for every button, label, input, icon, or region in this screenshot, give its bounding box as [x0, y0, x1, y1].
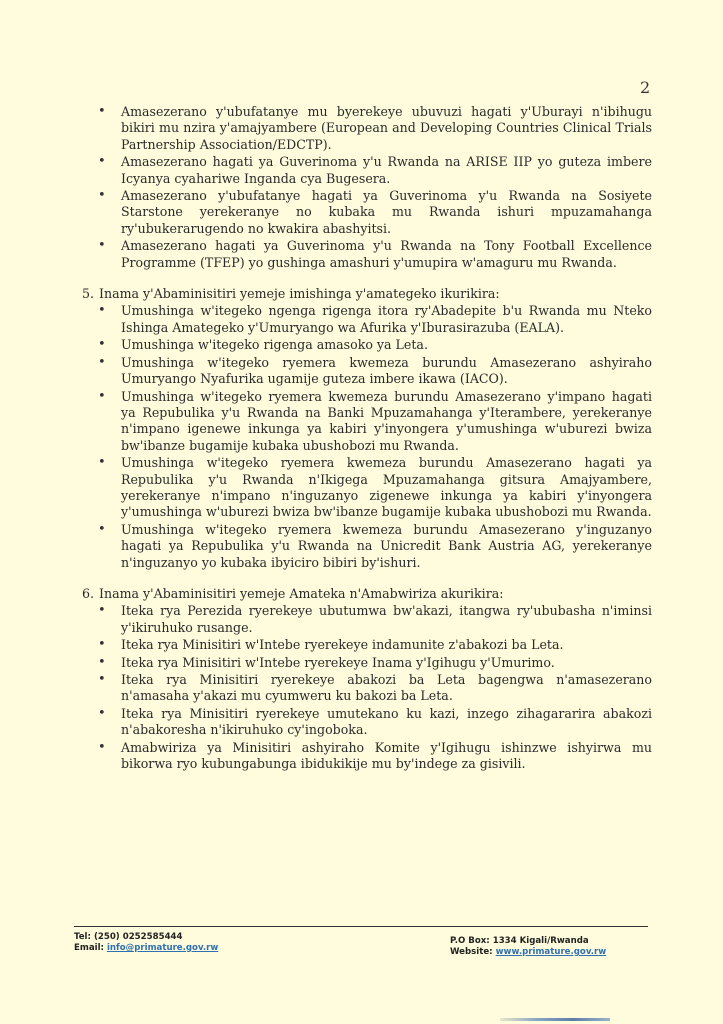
section-title: Inama y'Abaminisitiri yemeje imishinga y…: [99, 286, 500, 301]
list-item: Umushinga w'itegeko ryemera kwemeza buru…: [78, 455, 652, 521]
footer-tel: Tel: (250) 0252585444: [74, 932, 218, 943]
list-item: Umushinga w'itegeko ryemera kwemeza buru…: [78, 522, 652, 571]
list-item: Umushinga w'itegeko rigenga amasoko ya L…: [78, 337, 652, 353]
section-heading: 6.Inama y'Abaminisitiri yemeje Amateka n…: [78, 586, 652, 602]
scan-artifact: [500, 1018, 610, 1021]
list-item: Iteka rya Perezida ryerekeye ubutumwa bw…: [78, 603, 652, 636]
list-item: Amasezerano hagati ya Guverinoma y'u Rwa…: [78, 154, 652, 187]
list-item: Iteka rya Minisitiri w'Intebe ryerekeye …: [78, 637, 652, 653]
section-6-list: Iteka rya Perezida ryerekeye ubutumwa bw…: [78, 603, 652, 772]
section-number: 6.: [82, 586, 99, 602]
footer-email: Email: info@primature.gov.rw: [74, 943, 218, 954]
tel-value: (250) 0252585444: [94, 932, 183, 942]
list-item: Iteka rya Minisitiri w'Intebe ryerekeye …: [78, 655, 652, 671]
email-label: Email:: [74, 943, 104, 953]
pobox-value: 1334 Kigali/Rwanda: [493, 936, 589, 946]
list-item: Umushinga w'itegeko ryemera kwemeza buru…: [78, 355, 652, 388]
section-number: 5.: [82, 286, 99, 302]
list-item: Amasezerano y'ubufatanye mu byerekeye ub…: [78, 104, 652, 153]
list-item: Amasezerano y'ubufatanye hagati ya Guver…: [78, 188, 652, 237]
intro-list: Amasezerano y'ubufatanye mu byerekeye ub…: [78, 104, 652, 271]
tel-label: Tel:: [74, 932, 91, 942]
section-6: 6.Inama y'Abaminisitiri yemeje Amateka n…: [78, 586, 652, 772]
footer-divider: [74, 926, 648, 927]
footer-address: P.O Box: 1334 Kigali/Rwanda Website: www…: [450, 936, 606, 958]
section-heading: 5.Inama y'Abaminisitiri yemeje imishinga…: [78, 286, 652, 302]
list-item: Amasezerano hagati ya Guverinoma y'u Rwa…: [78, 238, 652, 271]
section-5-list: Umushinga w'itegeko ngenga rigenga itora…: [78, 303, 652, 571]
footer-contact: Tel: (250) 0252585444 Email: info@primat…: [74, 932, 218, 954]
list-item: Iteka rya Minisitiri ryerekeye abakozi b…: [78, 672, 652, 705]
website-link[interactable]: www.primature.gov.rw: [496, 947, 607, 957]
list-item: Amabwiriza ya Minisitiri ashyiraho Komit…: [78, 740, 652, 773]
list-item: Umushinga w'itegeko ngenga rigenga itora…: [78, 303, 652, 336]
section-title: Inama y'Abaminisitiri yemeje Amateka n'A…: [99, 586, 503, 601]
document-body: Amasezerano y'ubufatanye mu byerekeye ub…: [78, 104, 652, 773]
email-link[interactable]: info@primature.gov.rw: [107, 943, 218, 953]
footer-pobox: P.O Box: 1334 Kigali/Rwanda: [450, 936, 606, 947]
page-number: 2: [640, 78, 650, 97]
list-item: Iteka rya Minisitiri ryerekeye umutekano…: [78, 706, 652, 739]
website-label: Website:: [450, 947, 493, 957]
list-item: Umushinga w'itegeko ryemera kwemeza buru…: [78, 389, 652, 455]
section-5: 5.Inama y'Abaminisitiri yemeje imishinga…: [78, 286, 652, 571]
pobox-label: P.O Box:: [450, 936, 490, 946]
footer-website: Website: www.primature.gov.rw: [450, 947, 606, 958]
